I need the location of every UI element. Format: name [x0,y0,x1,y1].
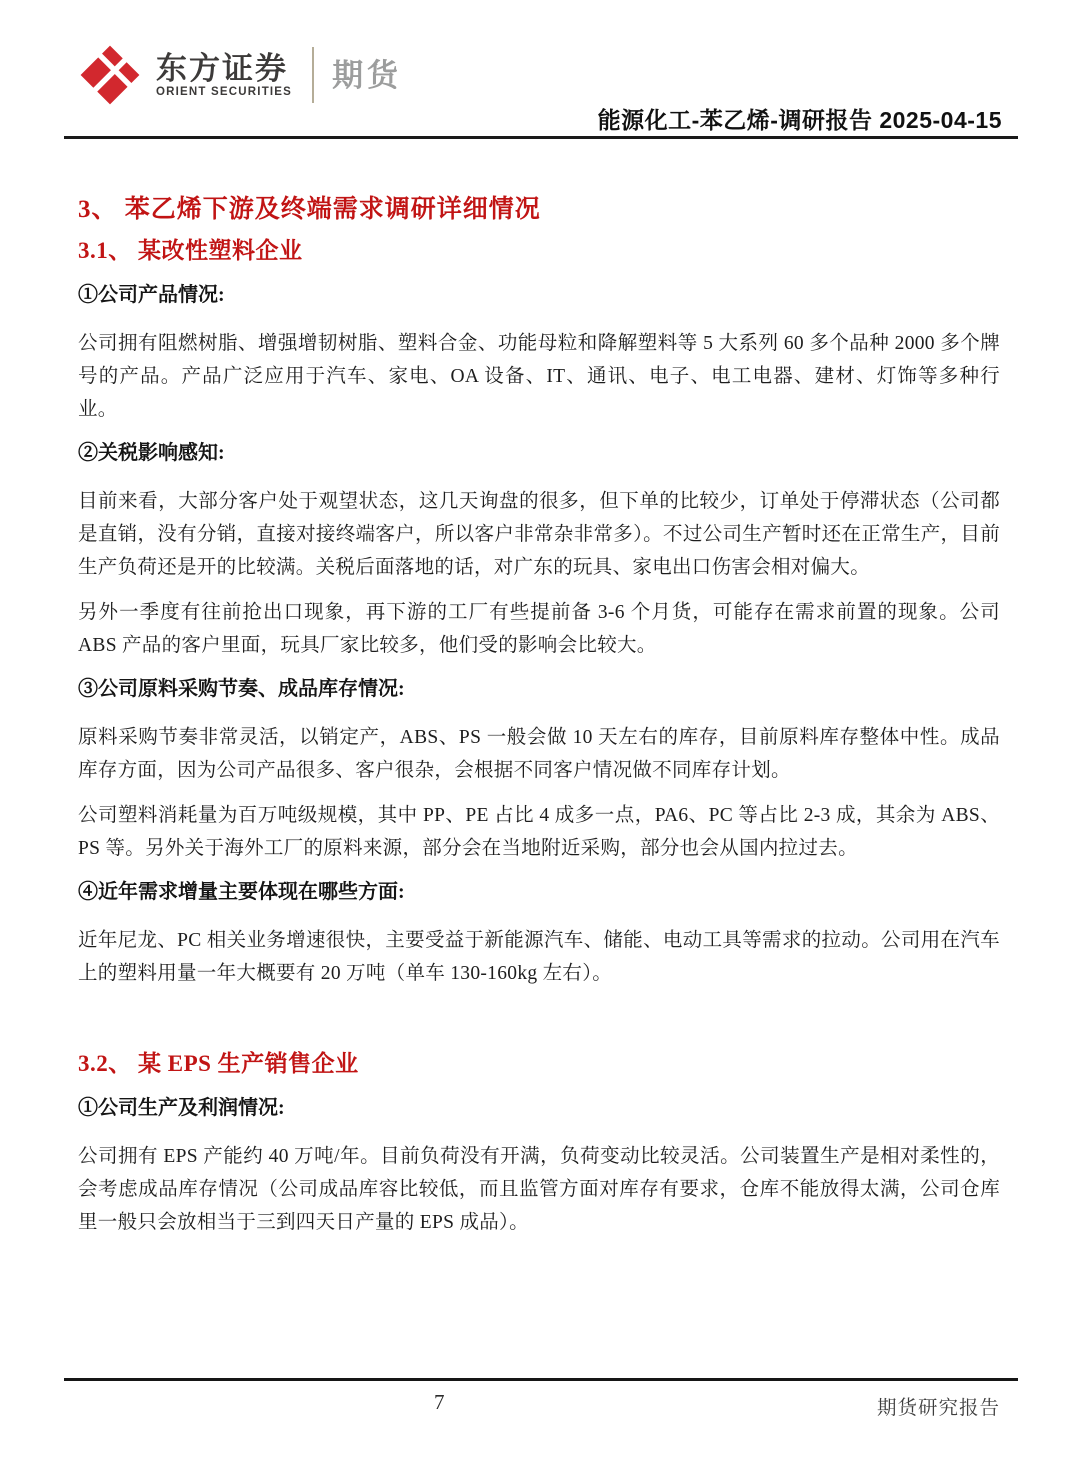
paragraph: 另外一季度有往前抢出口现象，再下游的工厂有些提前备 3-6 个月货，可能存在需求… [78,596,1000,662]
heading-h3: ①公司产品情况: [78,283,1000,307]
heading-h1: 3、 苯乙烯下游及终端需求调研详细情况 [78,195,1000,225]
brand-divider [312,47,314,103]
heading-h2: 3.2、 某 EPS 生产销售企业 [78,1050,1000,1078]
paragraph: 近年尼龙、PC 相关业务增速很快，主要受益于新能源汽车、储能、电动工具等需求的拉… [78,924,1000,990]
brand-logo-group: 东方证券 ORIENT SECURITIES 期货 [80,44,402,106]
paragraph: 目前来看，大部分客户处于观望状态，这几天询盘的很多，但下单的比较少，订单处于停滞… [78,485,1000,584]
report-page: 东方证券 ORIENT SECURITIES 期货 能源化工-苯乙烯-调研报告 … [0,0,1080,1466]
paragraph: 公司塑料消耗量为百万吨级规模，其中 PP、PE 占比 4 成多一点，PA6、PC… [78,799,1000,865]
heading-h2: 3.1、 某改性塑料企业 [78,237,1000,265]
brand-name-cn: 东方证券 [156,52,292,85]
paragraph: 原料采购节奏非常灵活，以销定产，ABS、PS 一般会做 10 天左右的库存，目前… [78,721,1000,787]
brand-text-block: 东方证券 ORIENT SECURITIES [156,52,292,99]
brand-tag-futures: 期货 [332,50,402,95]
document-body: 3、 苯乙烯下游及终端需求调研详细情况3.1、 某改性塑料企业①公司产品情况:公… [78,139,1000,1239]
brand-name-en: ORIENT SECURITIES [156,85,292,99]
report-header-title: 能源化工-苯乙烯-调研报告 2025-04-15 [598,102,1002,135]
page-number: 7 [434,1390,445,1415]
heading-h3: ①公司生产及利润情况: [78,1096,1000,1120]
orient-securities-logo-icon [80,44,140,106]
heading-h3: ④近年需求增量主要体现在哪些方面: [78,880,1000,904]
heading-h3: ③公司原料采购节奏、成品库存情况: [78,677,1000,701]
paragraph: 公司拥有阻燃树脂、增强增韧树脂、塑料合金、功能母粒和降解塑料等 5 大系列 60… [78,327,1000,426]
footer-report-label: 期货研究报告 [877,1392,1000,1420]
heading-h3: ②关税影响感知: [78,441,1000,465]
paragraph: 公司拥有 EPS 产能约 40 万吨/年。目前负荷没有开满，负荷变动比较灵活。公… [78,1140,1000,1239]
footer-rule [64,1378,1018,1381]
